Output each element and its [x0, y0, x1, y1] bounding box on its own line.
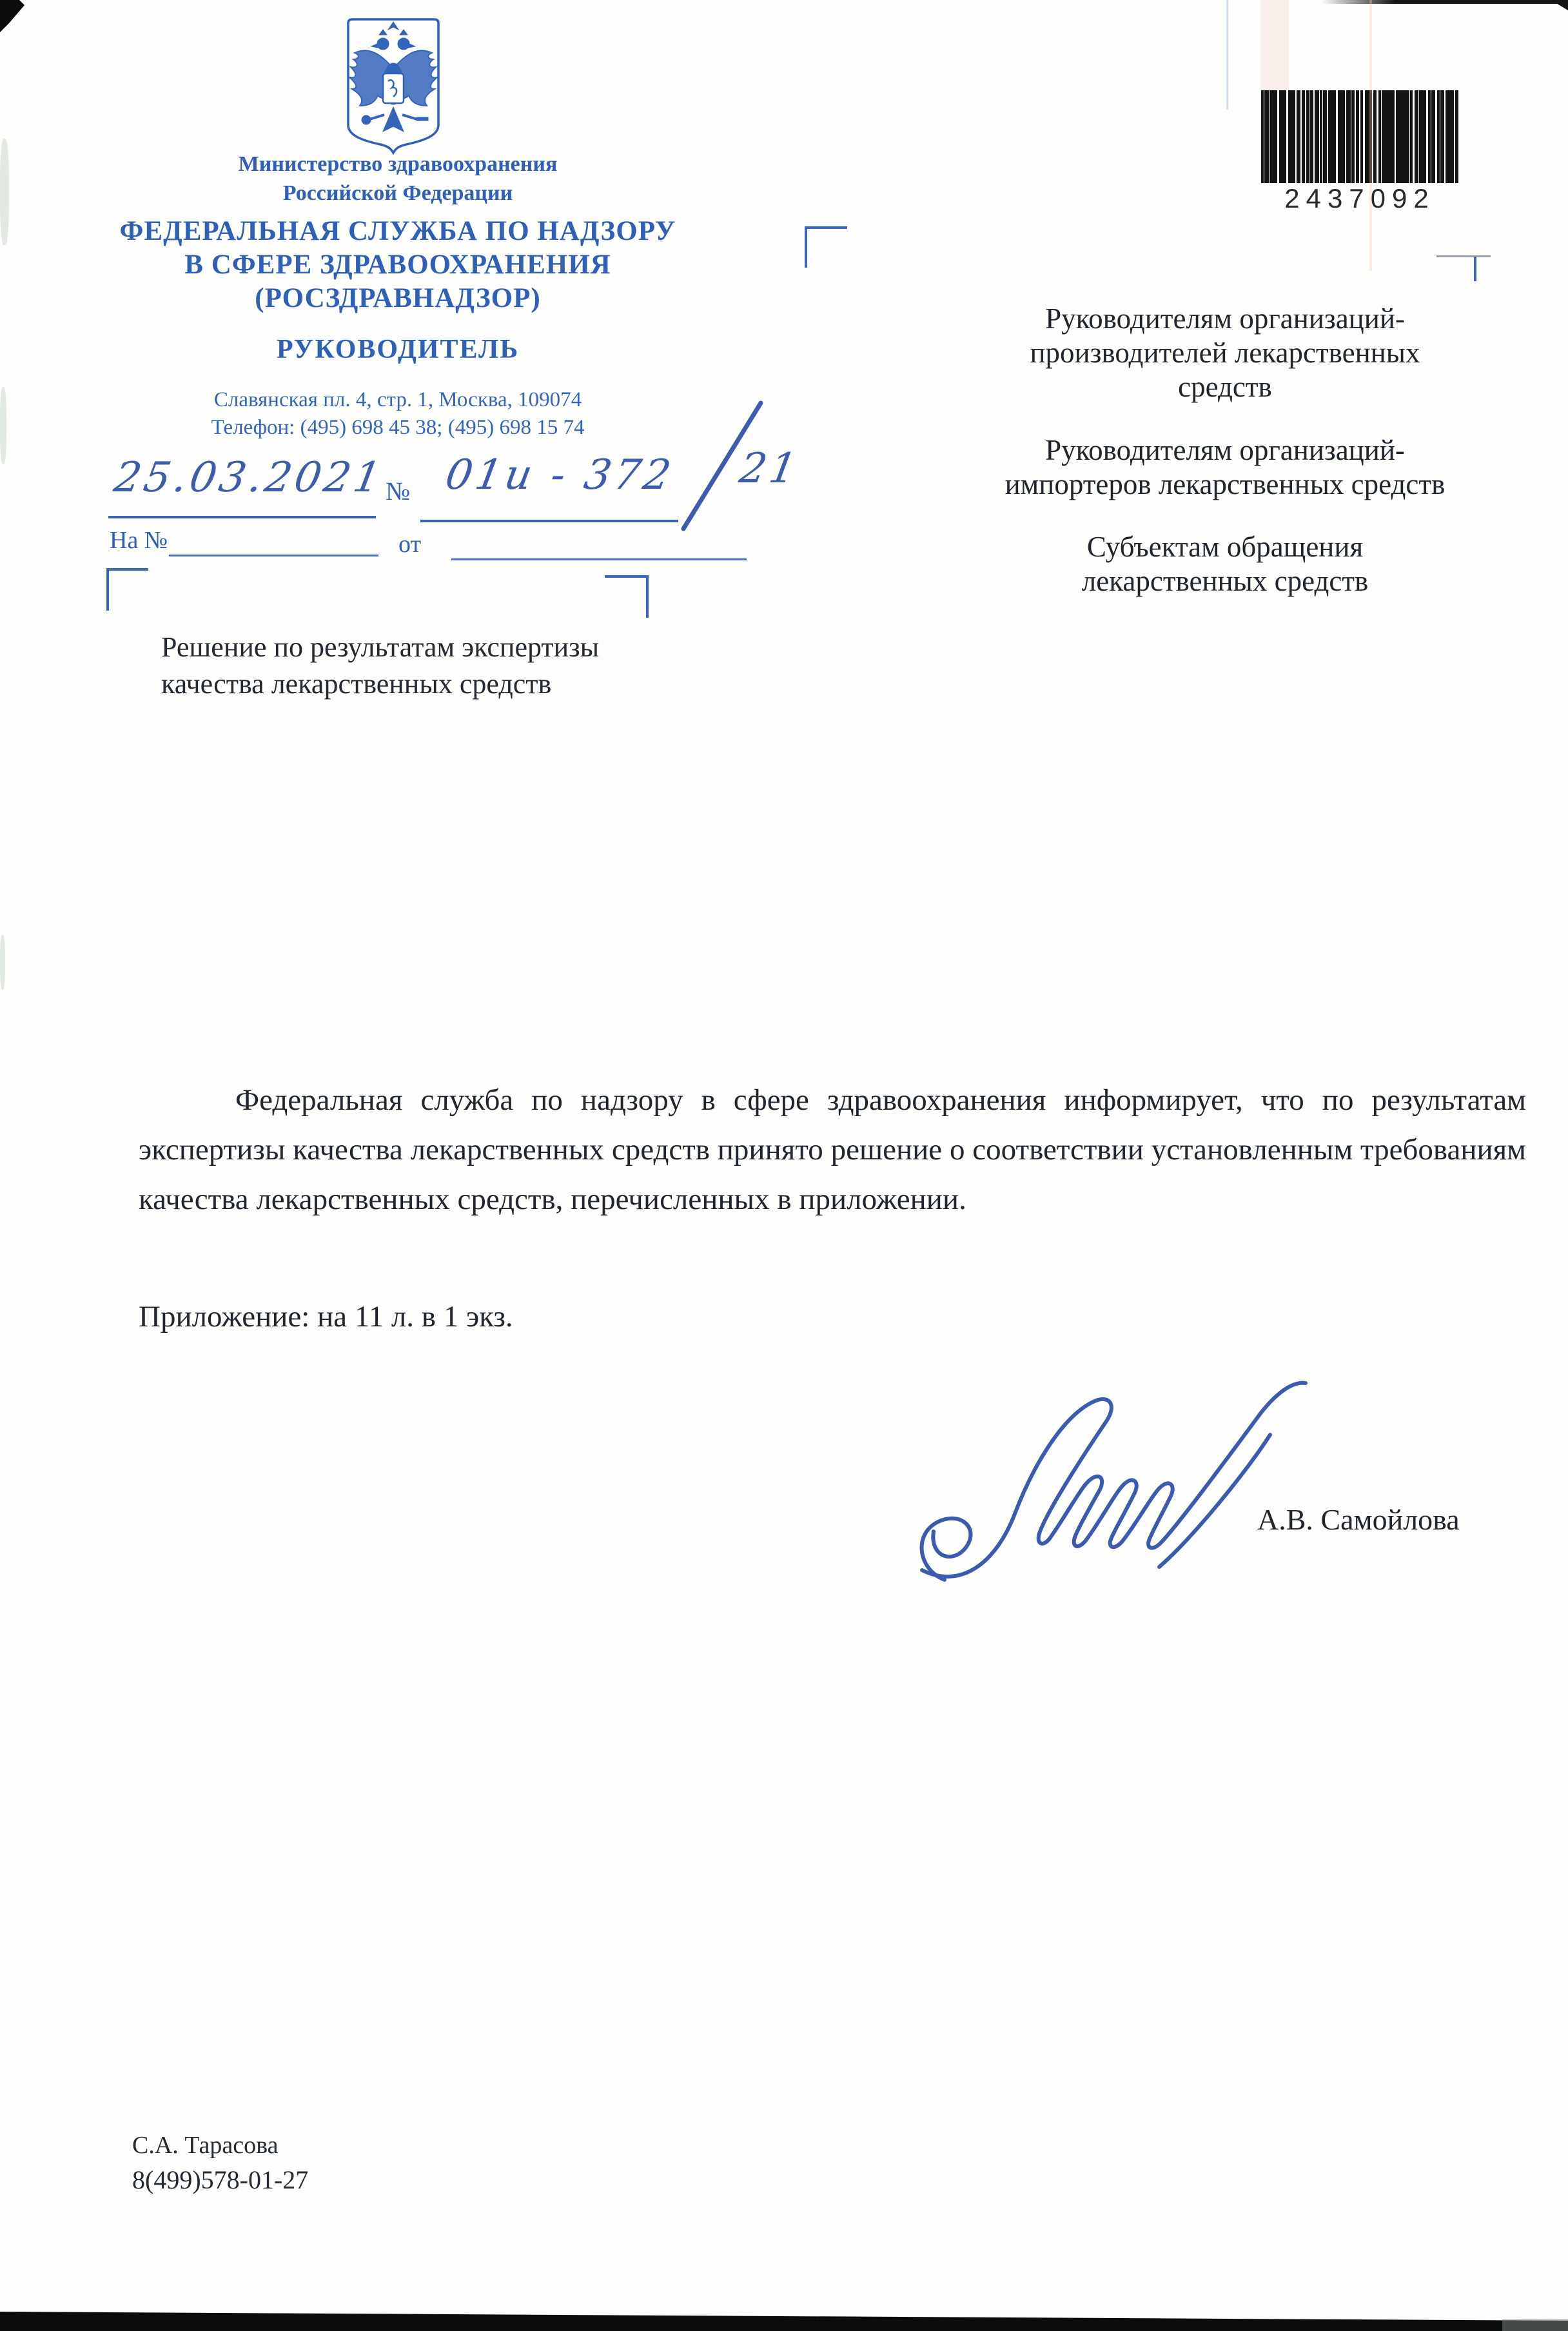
- handwritten-number: 01и - 372: [442, 451, 677, 499]
- executor-name: С.А. Тарасова: [132, 2131, 278, 2159]
- recipient-line: Руководителям организаций-: [906, 302, 1544, 336]
- handwritten-signature: [883, 1367, 1347, 1599]
- corner-mark: [106, 568, 148, 571]
- scan-smudge: [0, 387, 6, 464]
- position-title: РУКОВОДИТЕЛЬ: [75, 334, 720, 365]
- letterhead-address: Славянская пл. 4, стр. 1, Москва, 109074: [75, 388, 720, 412]
- recipient-line: Руководителям организаций-: [906, 433, 1544, 467]
- scanned-letter-page: Министерство здравоохранения Российской …: [0, 0, 1568, 2331]
- handwritten-date: 25.03.2021: [110, 454, 387, 502]
- scan-streak: [1226, 0, 1228, 110]
- ot-blank: [451, 558, 747, 560]
- coat-of-arms-emblem: [342, 17, 445, 155]
- scan-smudge: [0, 935, 5, 990]
- subject-line2: качества лекарственных средств: [161, 665, 599, 702]
- recipient-line: импортеров лекарственных средств: [906, 467, 1544, 502]
- signer-name: А.В. Самойлова: [1257, 1502, 1460, 1537]
- barcode: 2437092: [1261, 90, 1458, 214]
- ministry-name-line2: Российской Федерации: [75, 181, 720, 206]
- corner-mark: [1474, 257, 1476, 281]
- na-number-blank: [169, 555, 378, 556]
- scan-artifact-corner-blob: [0, 0, 26, 34]
- barcode-bars: [1261, 90, 1458, 183]
- service-name-line2: В СФЕРЕ ЗДРАВООХРАНЕНИЯ: [75, 249, 720, 280]
- barcode-digits: 2437092: [1261, 183, 1458, 214]
- recipient-line: лекарственных средств: [906, 564, 1544, 598]
- scan-artifact-bottom-fade: [1502, 2319, 1568, 2331]
- service-name-line3: (РОСЗДРАВНАДЗОР): [75, 282, 720, 314]
- executor-phone: 8(499)578-01-27: [132, 2165, 308, 2195]
- corner-mark: [605, 575, 649, 578]
- scan-artifact-bottom-band: [0, 2312, 1568, 2331]
- attachment-line: Приложение: на 11 л. в 1 экз.: [139, 1299, 513, 1334]
- ot-label: от: [398, 530, 421, 558]
- handwritten-number-suffix: 21: [736, 445, 803, 493]
- corner-mark: [646, 575, 649, 618]
- corner-mark: [805, 226, 847, 229]
- recipient-group-producers: Руководителям организаций- производителе…: [906, 302, 1544, 404]
- corner-mark: [106, 568, 109, 611]
- corner-mark: [1436, 255, 1491, 257]
- recipient-line: производителей лекарственных: [906, 336, 1544, 370]
- subject-line1: Решение по результатам экспертизы: [161, 629, 599, 665]
- recipient-line: Субъектам обращения: [906, 530, 1544, 564]
- number-sign: №: [386, 476, 410, 506]
- recipient-group-subjects: Субъектам обращения лекарственных средст…: [906, 530, 1544, 598]
- body-paragraph: Федеральная служба по надзору в сфере зд…: [139, 1076, 1526, 1225]
- number-underline: [420, 520, 678, 522]
- recipient-group-importers: Руководителям организаций- импортеров ле…: [906, 433, 1544, 502]
- subject-block: Решение по результатам экспертизы качест…: [161, 629, 599, 702]
- scan-artifact-top-edge: [1322, 0, 1568, 4]
- service-name-line1: ФЕДЕРАЛЬНАЯ СЛУЖБА ПО НАДЗОРУ: [75, 215, 720, 247]
- letterhead-phone: Телефон: (495) 698 45 38; (495) 698 15 7…: [75, 416, 720, 440]
- ministry-name-line1: Министерство здравоохранения: [75, 152, 720, 177]
- na-number-label: На №: [110, 526, 168, 555]
- date-underline: [108, 516, 376, 518]
- scan-streak: [1369, 0, 1372, 271]
- corner-mark: [805, 226, 807, 268]
- scan-smudge: [0, 139, 9, 245]
- eagle-central-shield: [383, 74, 404, 103]
- recipient-line: средств: [906, 370, 1544, 404]
- scan-streak: [1260, 0, 1289, 90]
